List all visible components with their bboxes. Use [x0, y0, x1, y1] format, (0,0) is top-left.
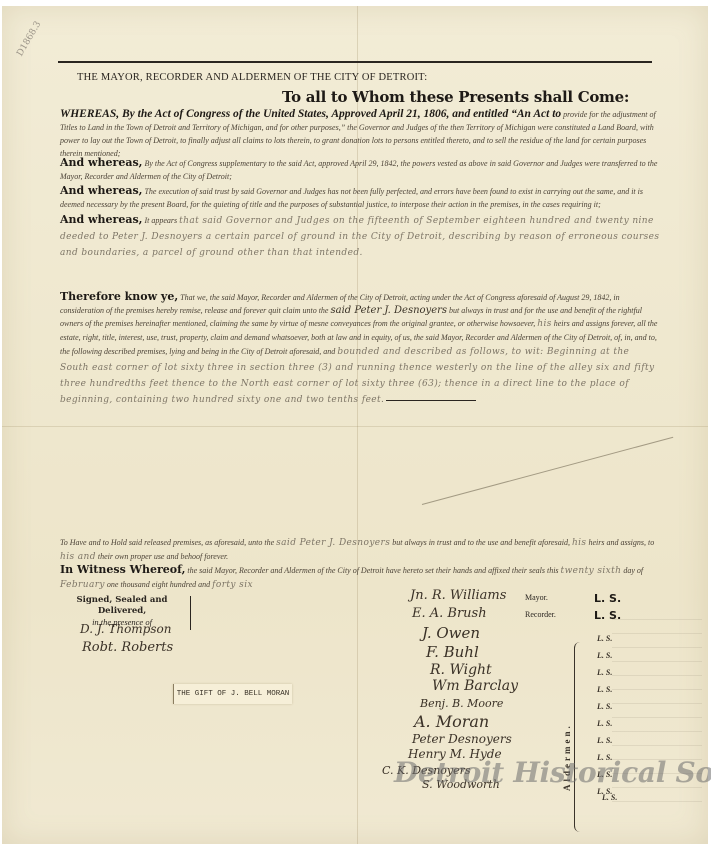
pronoun-his: his	[537, 319, 552, 329]
seal-alderman: L. S.	[597, 685, 612, 694]
signature-alderman: A. Moran	[414, 712, 489, 731]
whereas-paragraph-4: And whereas, It appears that said Govern…	[60, 212, 660, 261]
signature-alderman: J. Owen	[422, 624, 480, 642]
seal-mayor: L. S.	[594, 592, 621, 605]
seal-alderman: L. S.	[597, 702, 612, 711]
witness-body-3: one thousand eight hundred and	[107, 580, 210, 589]
seal-alderman: L. S.	[597, 668, 612, 677]
witness-signature-2: Robt. Roberts	[82, 640, 173, 655]
signature-recorder: E. A. Brush	[412, 606, 487, 621]
grantee-name: said Peter J. Desnoyers	[330, 305, 447, 316]
seal-alderman: L. S.	[597, 634, 612, 643]
fold-line-horizontal	[2, 426, 708, 427]
witness-day: twenty sixth	[561, 566, 622, 576]
witness-signature-1: D. J. Thompson	[80, 622, 171, 636]
aldermen-bracket	[574, 642, 581, 832]
gift-label: THE GIFT OF J. BELL MORAN	[173, 684, 292, 704]
whereas-lead: WHEREAS, By the Act of Congress of the U…	[60, 108, 561, 120]
signature-alderman: Wm Barclay	[432, 678, 518, 694]
witness-body-1: the said Mayor, Recorder and Aldermen of…	[187, 566, 558, 575]
habendum-body-2: but always in trust and to the use and b…	[392, 538, 570, 547]
seal-alderman: L. S.	[602, 793, 617, 802]
whereas-body: The execution of said trust by said Gove…	[60, 187, 643, 209]
signed-label-line-1: Signed, Sealed and Delivered,	[62, 595, 182, 617]
signature-alderman: F. Buhl	[426, 643, 479, 661]
witness-year: forty six	[212, 580, 253, 590]
seal-alderman: L. S.	[597, 736, 612, 745]
cancellation-stroke	[422, 437, 673, 505]
signature-mayor: Jn. R. Williams	[410, 588, 506, 603]
seal-alderman: L. S.	[597, 651, 612, 660]
role-mayor: Mayor.	[525, 593, 548, 602]
witness-lead: In Witness Whereof,	[60, 563, 185, 576]
habendum-grantee: said Peter J. Desnoyers	[276, 538, 390, 548]
habendum-his: his	[572, 538, 587, 548]
document-header: THE MAYOR, RECORDER AND ALDERMEN OF THE …	[77, 72, 427, 83]
signature-alderman: R. Wight	[430, 662, 492, 678]
habendum-paragraph: To Have and to Hold said released premis…	[60, 536, 660, 564]
whereas-body: By the Act of Congress supplementary to …	[60, 159, 657, 181]
witness-month: February	[60, 580, 105, 590]
seal-recorder: L. S.	[594, 609, 621, 622]
habendum-body-3: heirs and assigns, to	[588, 538, 654, 547]
watermark: Detroit Historical Society	[394, 756, 711, 789]
witness-brace	[186, 596, 191, 630]
whereas-lead: And whereas,	[60, 213, 142, 226]
whereas-lead: And whereas,	[60, 156, 142, 169]
witness-paragraph: In Witness Whereof, the said Mayor, Reco…	[60, 563, 660, 592]
signature-alderman: Benj. B. Moore	[420, 697, 503, 710]
witness-body-2: day of	[623, 566, 643, 575]
seal-alderman: L. S.	[597, 719, 612, 728]
whereas-paragraph-1: WHEREAS, By the Act of Congress of the U…	[60, 108, 660, 160]
document-subheader: To all to Whom these Presents shall Come…	[282, 88, 629, 106]
closing-underline	[386, 400, 476, 401]
pencil-accession-note: D1868.3	[15, 20, 43, 59]
whereas-paragraph-3: And whereas, The execution of said trust…	[60, 184, 660, 211]
role-recorder: Recorder.	[525, 610, 556, 619]
habendum-body-4: their own proper use and behoof forever.	[98, 552, 228, 561]
therefore-lead: Therefore know ye,	[60, 290, 178, 303]
whereas-lead: And whereas,	[60, 184, 142, 197]
habendum-body-1: To Have and to Hold said released premis…	[60, 538, 274, 547]
signature-alderman: Peter Desnoyers	[412, 732, 512, 746]
whereas-paragraph-2: And whereas, By the Act of Congress supp…	[60, 156, 660, 183]
habendum-their: his and	[60, 552, 96, 562]
deed-document: D1868.3 THE MAYOR, RECORDER AND ALDERMEN…	[2, 6, 708, 844]
header-rule	[58, 61, 652, 63]
therefore-paragraph: Therefore know ye, That we, the said May…	[60, 290, 660, 408]
whereas-printed: It appears	[144, 216, 177, 225]
